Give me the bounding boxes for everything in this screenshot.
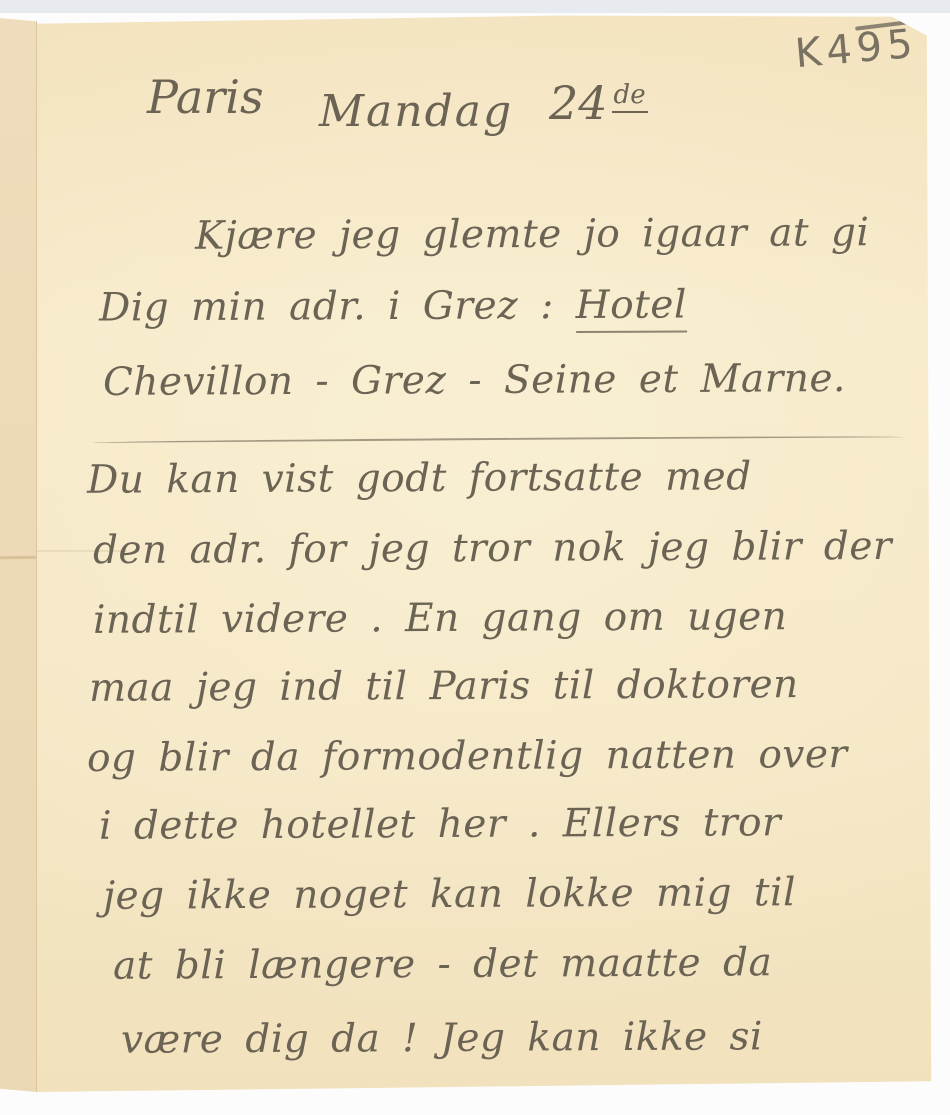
heading-date-number: 24	[549, 76, 608, 130]
handwriting-line-12: være dig da ! Jeg kan ikke si	[121, 1014, 763, 1062]
heading-date: 24de	[549, 76, 648, 130]
handwriting-line-5: den adr. for jeg tror nok jeg blir der	[93, 524, 892, 573]
fold-crease	[0, 556, 37, 560]
handwriting-line-7: maa jeg ind til Paris til doktoren	[89, 662, 799, 711]
scanned-letter-stage: K495 Paris Mandag 24de Kjære jeg glemte …	[0, 0, 950, 1115]
hotel-underlined-word: Hotel	[576, 282, 687, 333]
handwriting-line-9: i dette hotellet her . Ellers tror	[99, 800, 781, 849]
address-underline-rule	[93, 435, 905, 443]
folded-page-edge	[0, 16, 37, 1092]
handwriting-line-10: jeg ikke noget kan lokke mig til	[103, 870, 796, 919]
handwriting-line-3: Chevillon - Grez - Seine et Marne.	[103, 356, 846, 405]
heading-place: Paris	[147, 70, 264, 124]
handwriting-line-1: Kjære jeg glemte jo igaar at gi	[195, 210, 870, 259]
handwriting-line-6: indtil videre . En gang om ugen	[93, 594, 788, 643]
letter-page: K495 Paris Mandag 24de Kjære jeg glemte …	[36, 14, 933, 1092]
handwriting-line-8: og blir da formodentlig natten over	[87, 732, 848, 781]
scanner-top-strip	[0, 0, 950, 13]
date-ordinal-suffix: de	[612, 80, 648, 113]
handwriting-line-2: Dig min adr. i Grez : Hotel	[99, 282, 687, 330]
heading-day: Mandag	[319, 86, 513, 137]
handwriting-line-11: at bli længere - det maatte da	[113, 940, 772, 988]
handwriting-line-4: Du kan vist godt fortsatte med	[87, 454, 752, 502]
line-2-prefix: Dig min adr. i Grez :	[99, 283, 576, 330]
